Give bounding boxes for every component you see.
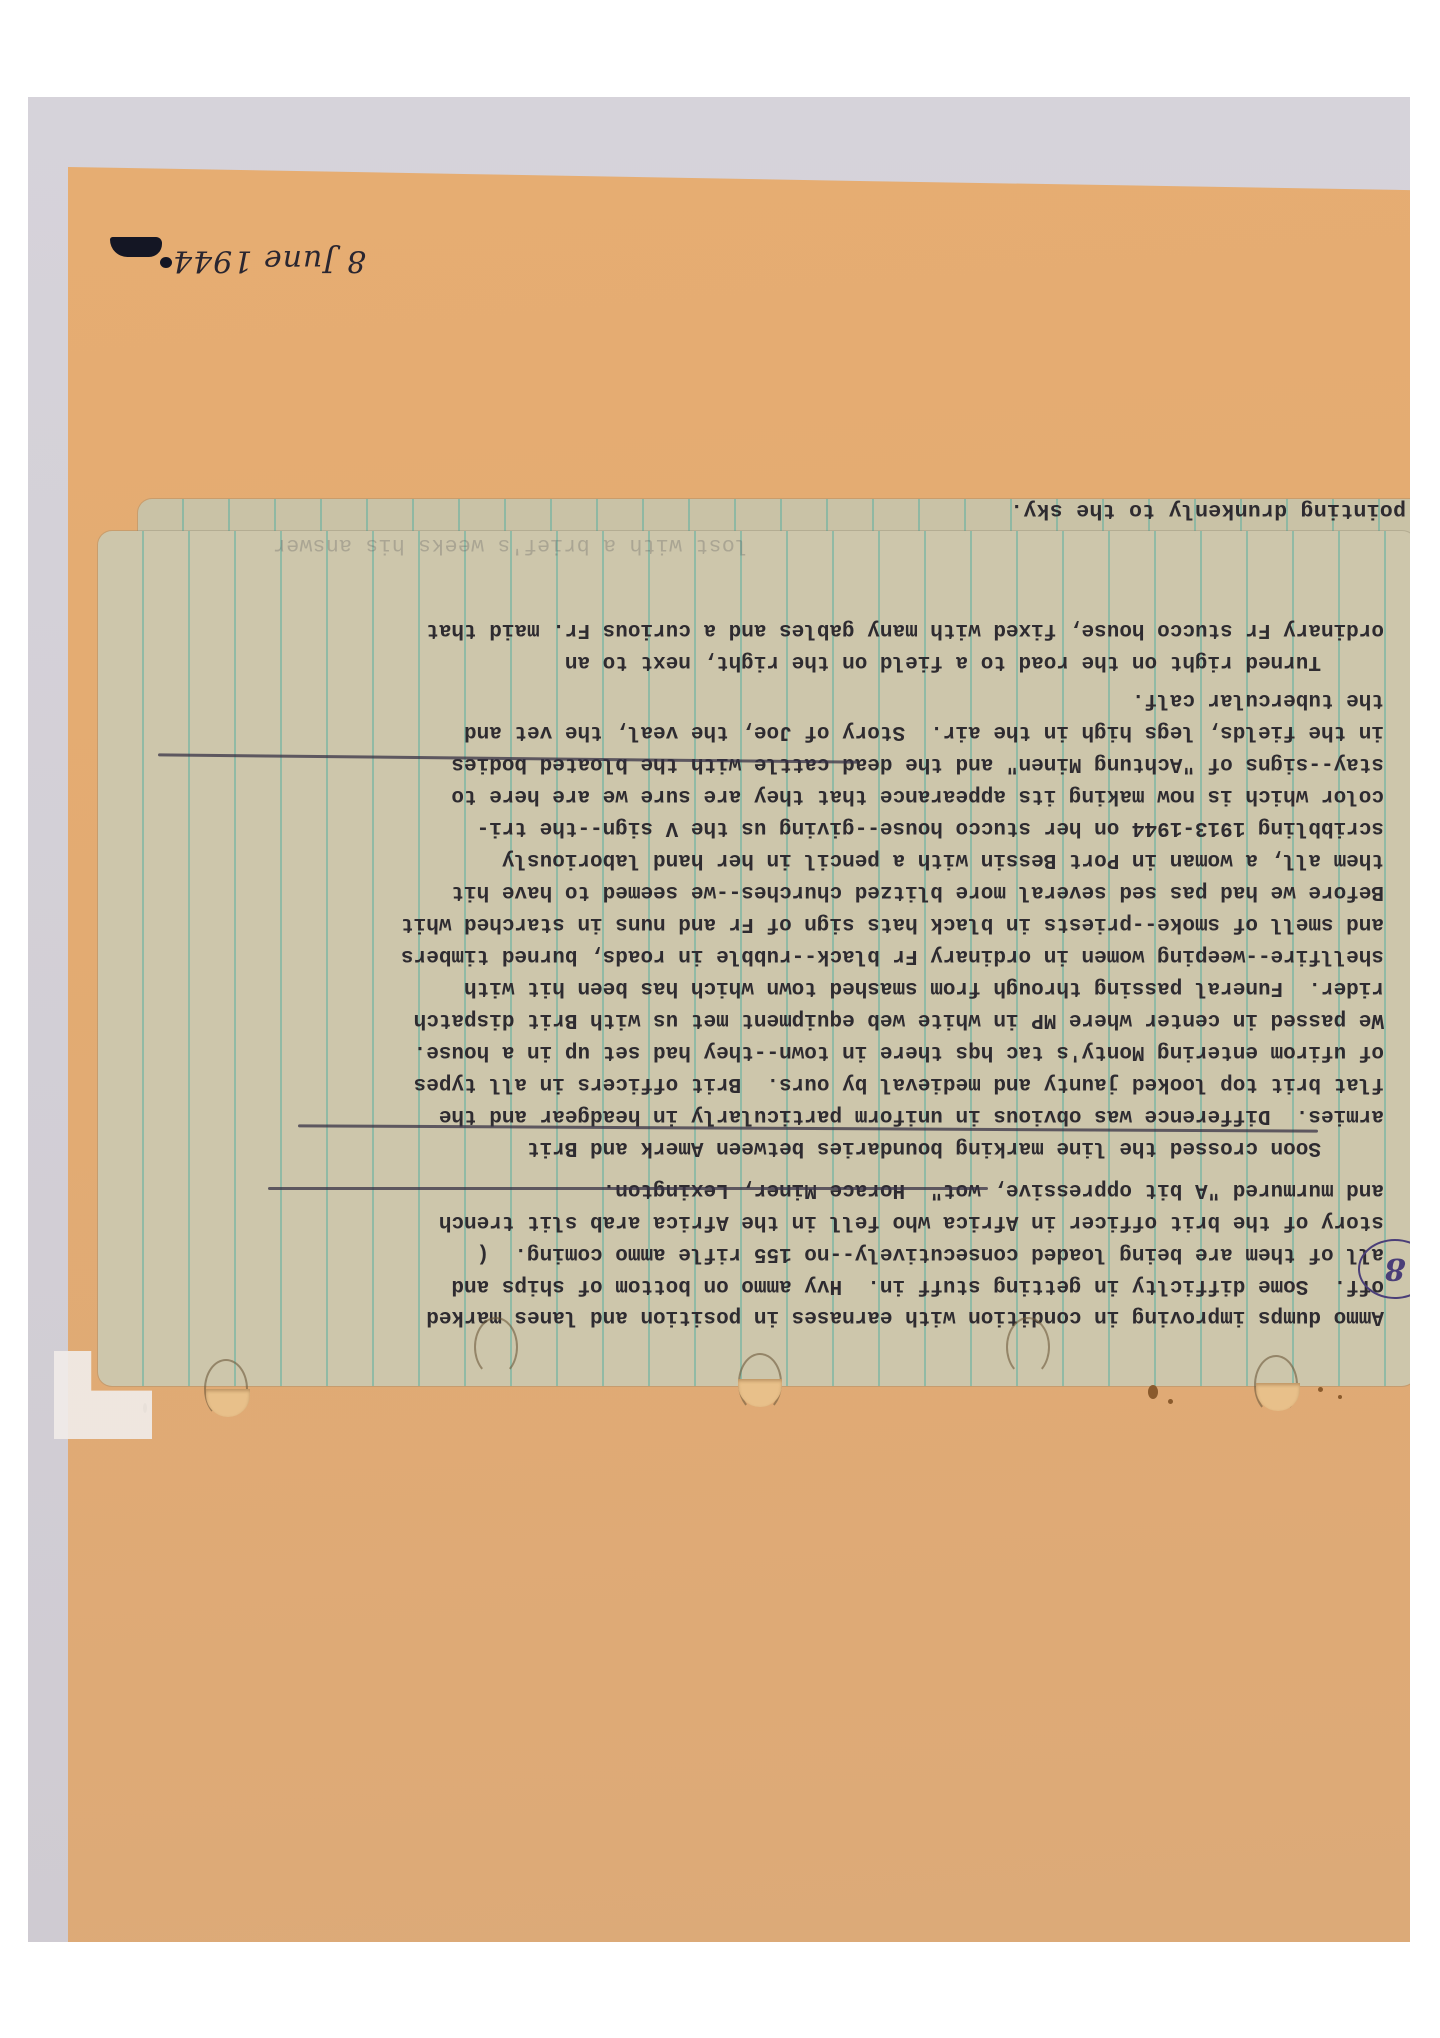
punch-hole-ring	[474, 1317, 518, 1377]
typed-line: the tubercular calf.	[1132, 688, 1384, 711]
typed-line: ordinary Fr stucco house, fixed with man…	[426, 618, 1384, 641]
document-photo: 8 June 1944 pointing drunkenly to the sk…	[28, 97, 1410, 1942]
typed-line: Before we had pas sed several more blitz…	[451, 880, 1384, 903]
typed-line: scribbling 1913-1944 on her stucco house…	[477, 816, 1384, 839]
typed-line: in the fields, legs high in the air. Sto…	[464, 720, 1384, 743]
typed-line: Ammo dumps improving in condition with e…	[426, 1303, 1384, 1329]
typed-line: story of the brit officer in Africa who …	[439, 1210, 1384, 1233]
typed-line: and smell of smoke--priests in black hat…	[401, 912, 1384, 935]
typed-line: off. Some difficlty in getting stuff in.…	[451, 1274, 1384, 1297]
typed-line: armies. Difference was obvious in unifor…	[439, 1104, 1384, 1127]
typed-line: Soon crossed the line marking boundaries…	[527, 1136, 1384, 1159]
typed-line: color which is now making its appearance…	[451, 784, 1384, 807]
typed-line: We passed in center where MP in white we…	[414, 1008, 1384, 1031]
typed-line: of ufirom entering Monty's tac hqs there…	[414, 1040, 1384, 1063]
card-top-line: pointing drunkenly to the sky.	[936, 497, 1406, 523]
typed-line: rider. Funeral passing through from smas…	[464, 976, 1384, 999]
punch-hole-ring	[1006, 1317, 1050, 1377]
ink-blot	[110, 237, 162, 257]
typed-line: them all, a woman in Port Bessin with a …	[502, 848, 1384, 871]
typed-line: stay--signs of "Achtung Minen" and the d…	[451, 752, 1384, 775]
stain	[1148, 1385, 1158, 1399]
handwritten-date: 8 June 1944	[172, 243, 366, 278]
stain	[1318, 1387, 1323, 1392]
pencil-underline	[268, 1187, 988, 1190]
stain	[1168, 1399, 1173, 1404]
typed-line: all of them are being loaded consecutive…	[477, 1242, 1384, 1265]
typed-line: Turned right on the road to a field on t…	[565, 650, 1384, 673]
typed-line: shellfire--weeping women in ordinary Fr …	[401, 944, 1384, 967]
ink-dot	[160, 257, 172, 268]
typed-line: flat brit top looked jaunty and medieval…	[414, 1072, 1384, 1095]
typed-text-block: Ammo dumps improving in condition with e…	[112, 549, 1398, 1329]
manila-folder: 8 June 1944 pointing drunkenly to the sk…	[68, 167, 1410, 1942]
stain	[1338, 1395, 1342, 1399]
